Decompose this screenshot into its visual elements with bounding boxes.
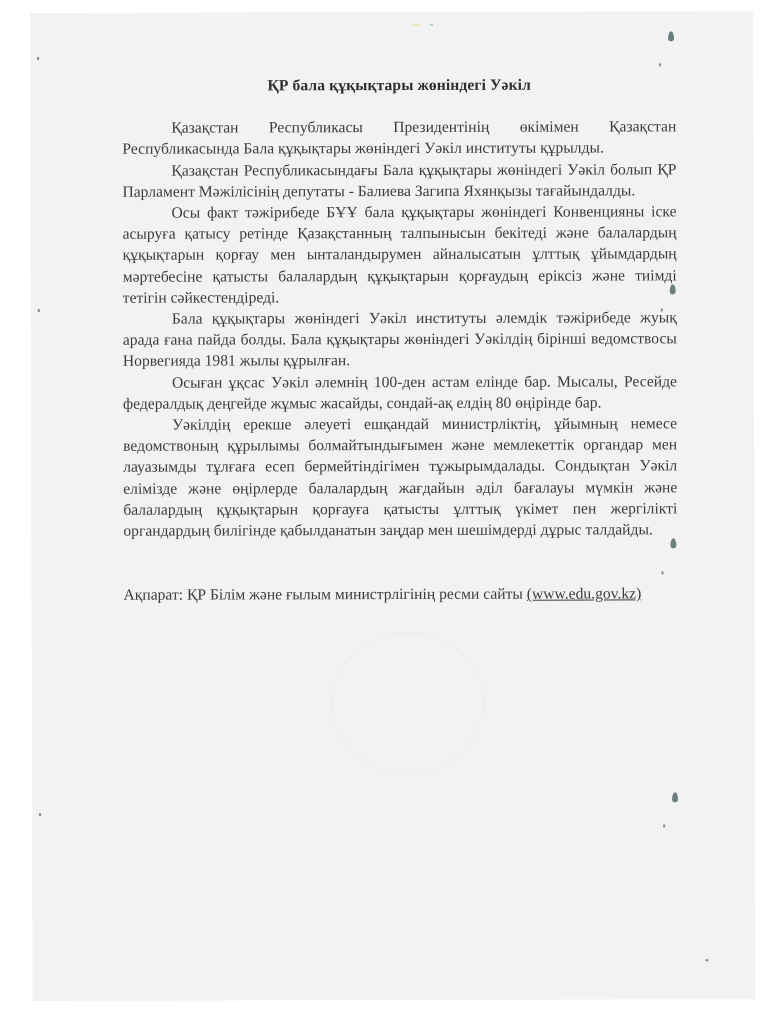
scan-dot xyxy=(705,959,708,961)
ink-drop-icon xyxy=(672,792,678,802)
scanned-page: ҚР бала құқықтары жөніндегі Уәкіл Қазақс… xyxy=(30,11,756,1001)
scan-speck xyxy=(430,24,433,26)
source-link[interactable]: (www.edu.gov.kz) xyxy=(527,586,642,603)
scan-dot xyxy=(663,824,665,827)
source-label: Ақпарат: ҚР Білім және ғылым министрлігі… xyxy=(124,586,523,604)
scan-dot xyxy=(38,309,40,312)
ink-drop-icon xyxy=(670,538,676,548)
scan-dot xyxy=(37,57,39,60)
scan-dot xyxy=(39,813,41,816)
paragraph-6: Уәкілдің ерекше әлеуеті ешқандай министр… xyxy=(123,413,677,542)
paragraph-3: Осы факт тәжірибеде БҰҰ бала құқықтары ж… xyxy=(122,201,676,308)
source-citation: Ақпарат: ҚР Білім және ғылым министрлігі… xyxy=(123,584,677,607)
document-body: ҚР бала құқықтары жөніндегі Уәкіл Қазақс… xyxy=(122,74,677,606)
paragraph-2: Қазақстан Республикасындағы Бала құқықта… xyxy=(122,159,676,203)
paragraph-1: Қазақстан Республикасы Президентінің өкі… xyxy=(122,117,676,161)
paragraph-5: Осыған ұқсас Уәкіл әлемнің 100-ден астам… xyxy=(123,371,677,415)
ink-drop-icon xyxy=(670,284,676,294)
paragraph-4: Бала құқықтары жөніндегі Уәкіл институты… xyxy=(123,307,677,372)
scan-dot xyxy=(661,308,663,311)
scan-dot xyxy=(661,571,663,574)
scan-speck xyxy=(413,24,419,26)
faint-stamp xyxy=(332,632,484,774)
ink-drop-icon xyxy=(668,31,674,41)
scan-dot xyxy=(659,63,661,66)
document-title: ҚР бала құқықтары жөніндегі Уәкіл xyxy=(122,74,676,97)
